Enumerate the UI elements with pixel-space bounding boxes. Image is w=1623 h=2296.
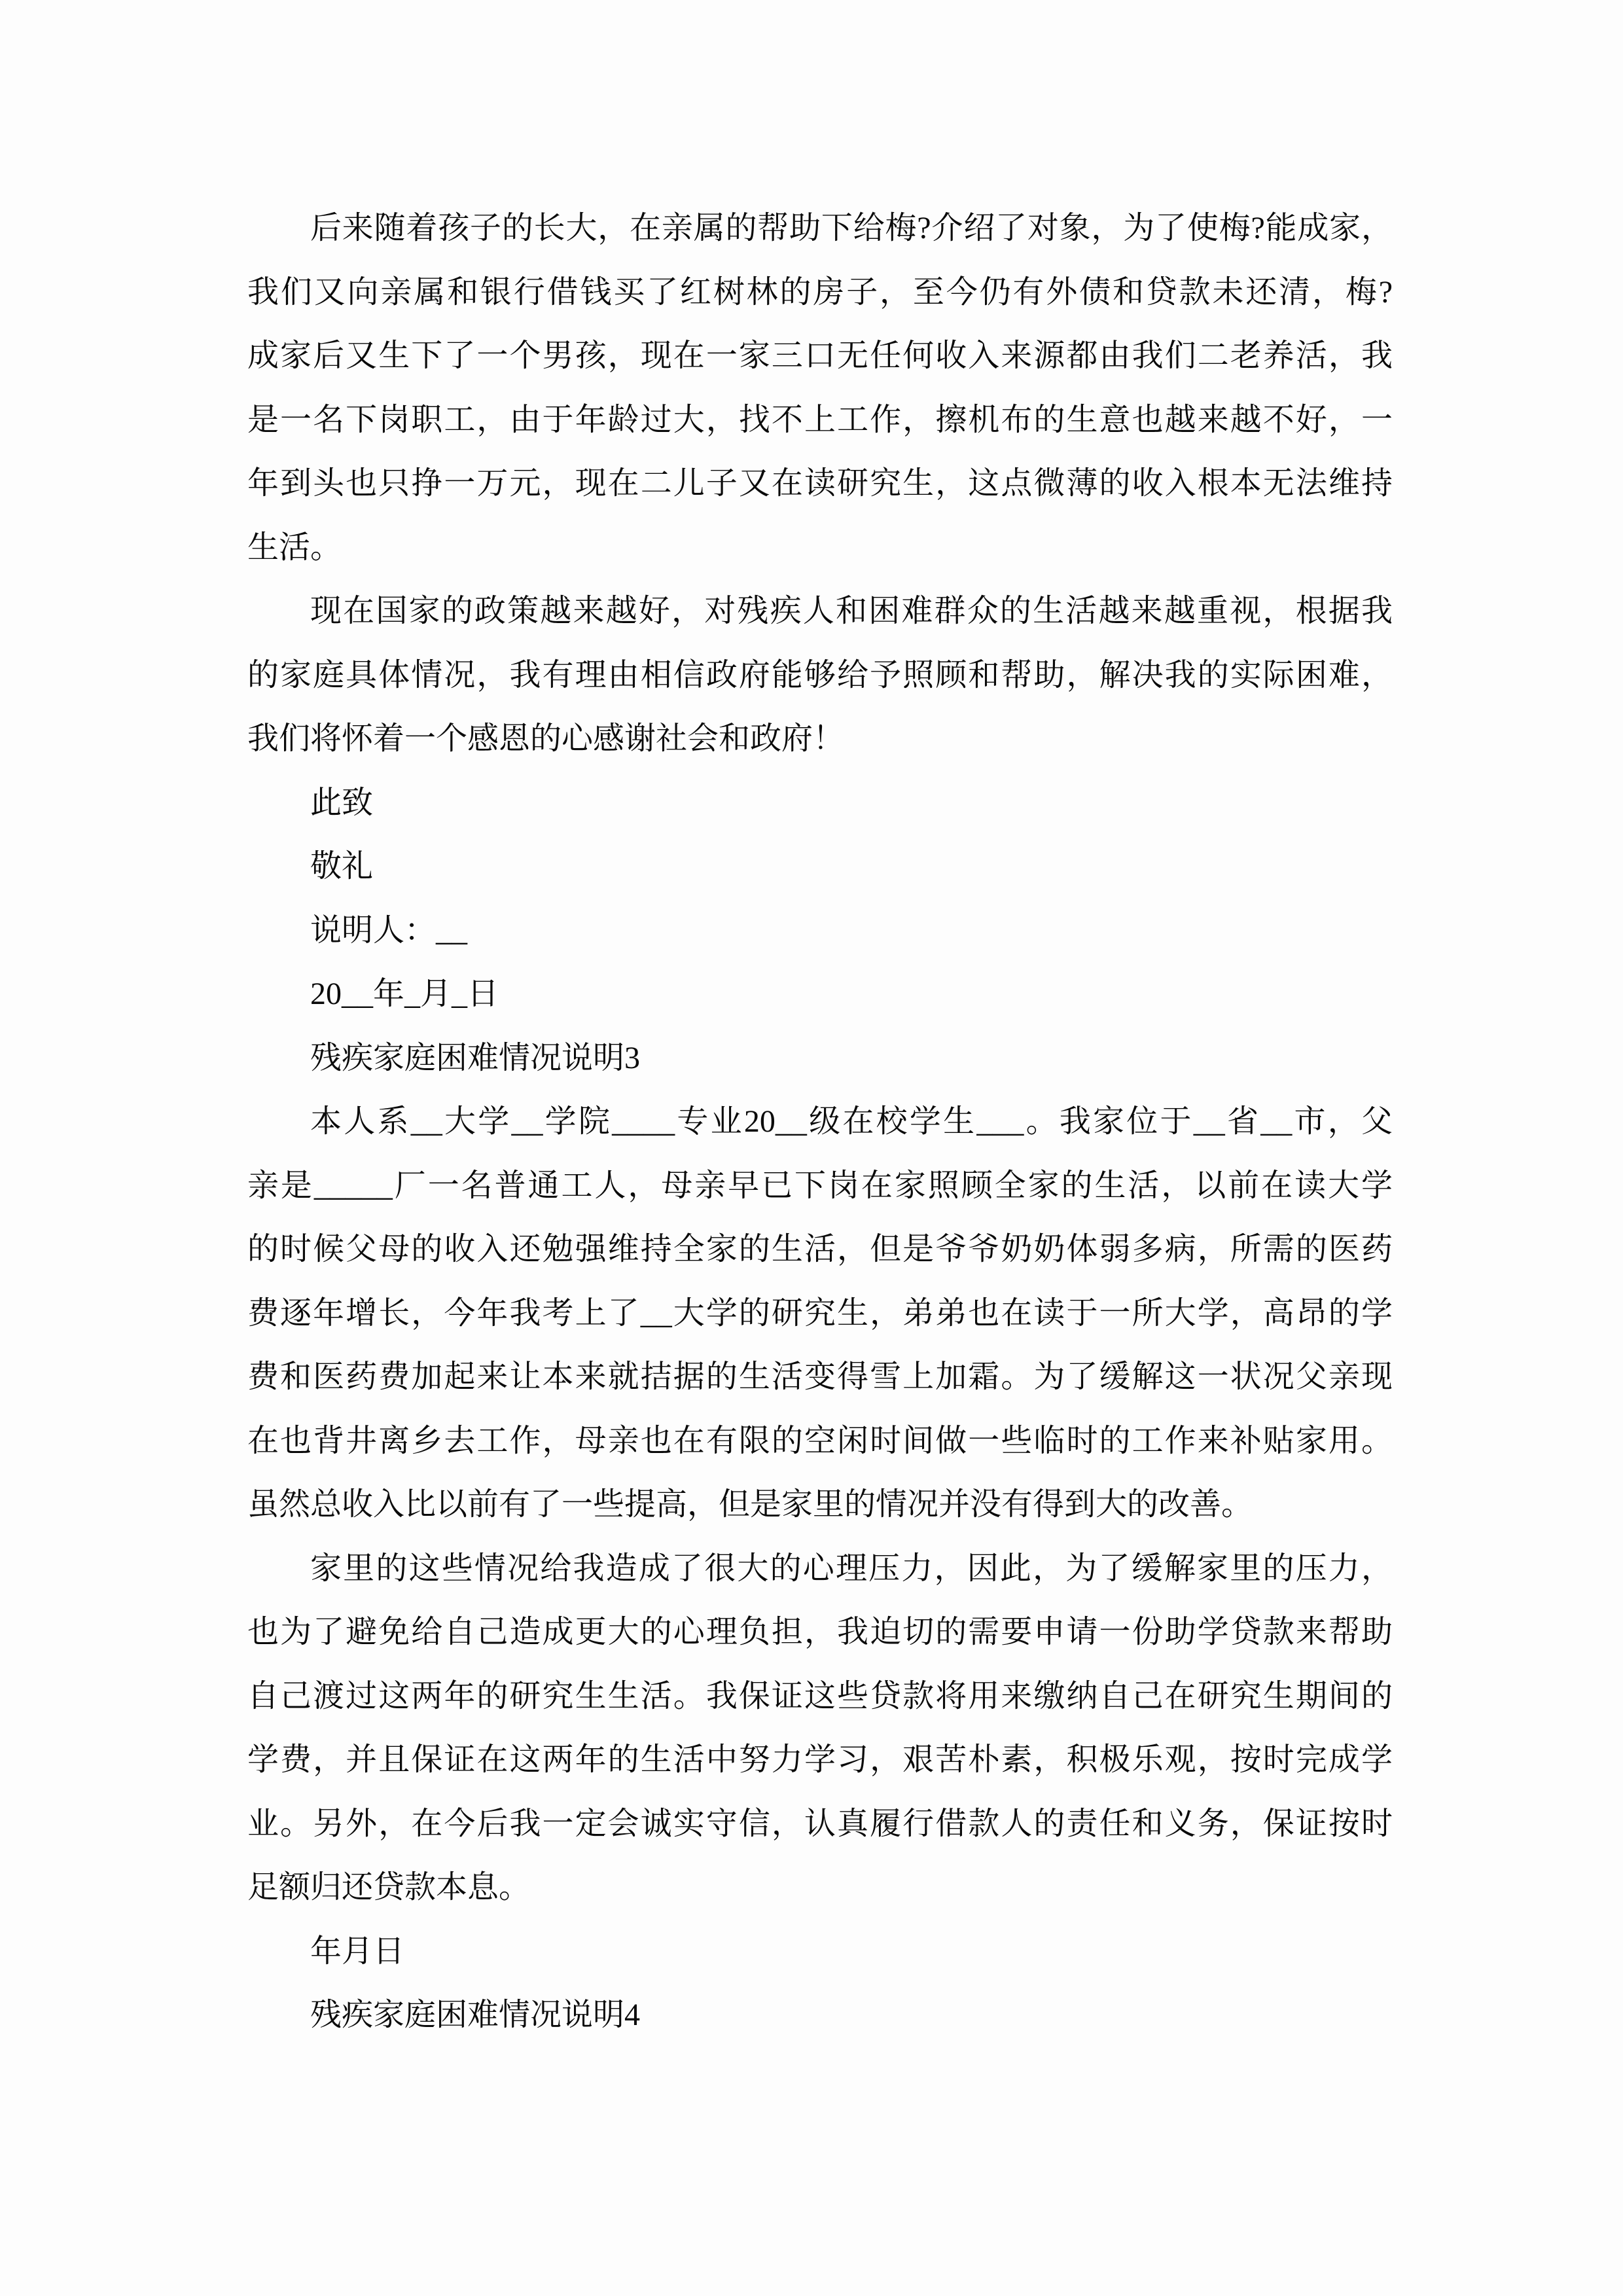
text-line: 的时候父母的收入还勉强维持全家的生活，但是爷爷奶奶体弱多病，所需的医药 <box>247 1217 1393 1282</box>
text-line: 业。另外，在今后我一定会诚实守信，认真履行借款人的责任和义务，保证按时 <box>247 1792 1393 1856</box>
text-line: 残疾家庭困难情况说明4 <box>247 1983 1393 2047</box>
text-line: 说明人：__ <box>247 899 1393 963</box>
text-line: 我们又向亲属和银行借钱买了红树林的房子，至今仍有外债和贷款未还清，梅? <box>247 260 1393 325</box>
text-line: 残疾家庭困难情况说明3 <box>247 1026 1393 1090</box>
document-page: 后来随着孩子的长大，在亲属的帮助下给梅?介绍了对象，为了使梅?能成家，我们又向亲… <box>0 0 1623 2296</box>
text-line: 年月日 <box>247 1920 1393 1984</box>
text-line: 本人系__大学__学院____专业20__级在校学生___。我家位于__省__市… <box>247 1090 1393 1154</box>
text-line: 敬礼 <box>247 834 1393 899</box>
text-line: 自己渡过这两年的研究生生活。我保证这些贷款将用来缴纳自己在研究生期间的 <box>247 1664 1393 1729</box>
text-line: 也为了避免给自己造成更大的心理负担，我迫切的需要申请一份助学贷款来帮助 <box>247 1600 1393 1664</box>
text-line: 生活。 <box>247 516 1393 580</box>
text-line: 费逐年增长，今年我考上了__大学的研究生，弟弟也在读于一所大学，高昂的学 <box>247 1282 1393 1346</box>
text-line: 是一名下岗职工，由于年龄过大，找不上工作，擦机布的生意也越来越不好，一 <box>247 388 1393 452</box>
text-line: 我们将怀着一个感恩的心感谢社会和政府！ <box>247 707 1393 771</box>
text-line: 亲是_____厂一名普通工人，母亲早已下岗在家照顾全家的生活，以前在读大学 <box>247 1154 1393 1218</box>
text-line: 20__年_月_日 <box>247 962 1393 1026</box>
text-line: 家里的这些情况给我造成了很大的心理压力，因此，为了缓解家里的压力， <box>247 1537 1393 1601</box>
text-line: 后来随着孩子的长大，在亲属的帮助下给梅?介绍了对象，为了使梅?能成家， <box>247 196 1393 260</box>
text-line: 现在国家的政策越来越好，对残疾人和困难群众的生活越来越重视，根据我 <box>247 579 1393 643</box>
text-line: 的家庭具体情况，我有理由相信政府能够给予照顾和帮助，解决我的实际困难， <box>247 643 1393 708</box>
text-line: 成家后又生下了一个男孩，现在一家三口无任何收入来源都由我们二老养活，我 <box>247 324 1393 388</box>
document-text-block: 后来随着孩子的长大，在亲属的帮助下给梅?介绍了对象，为了使梅?能成家，我们又向亲… <box>247 196 1393 2047</box>
text-line: 此致 <box>247 771 1393 835</box>
text-line: 学费，并且保证在这两年的生活中努力学习，艰苦朴素，积极乐观，按时完成学 <box>247 1728 1393 1792</box>
text-line: 费和医药费加起来让本来就拮据的生活变得雪上加霜。为了缓解这一状况父亲现 <box>247 1345 1393 1409</box>
text-line: 在也背井离乡去工作，母亲也在有限的空闲时间做一些临时的工作来补贴家用。 <box>247 1409 1393 1473</box>
text-line: 年到头也只挣一万元，现在二儿子又在读研究生，这点微薄的收入根本无法维持 <box>247 452 1393 516</box>
text-line: 足额归还贷款本息。 <box>247 1856 1393 1920</box>
text-line: 虽然总收入比以前有了一些提高，但是家里的情况并没有得到大的改善。 <box>247 1473 1393 1537</box>
